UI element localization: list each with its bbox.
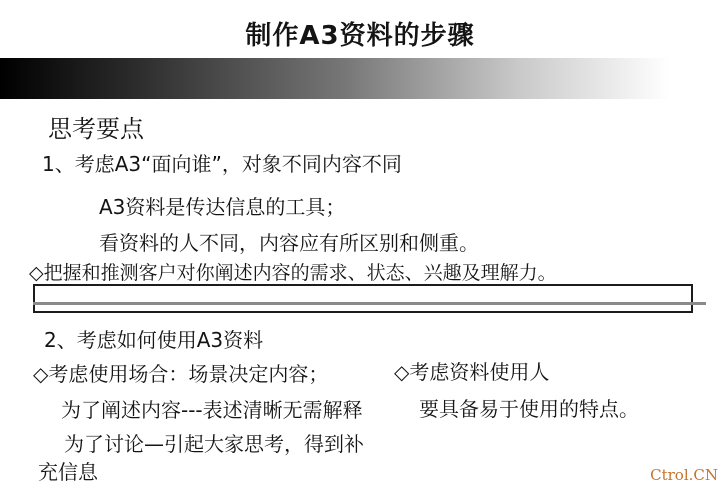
watermark: Ctrol.CN [650, 466, 718, 484]
point-2-right-item-2: 要具备易于使用的特点。 [419, 393, 639, 422]
point-2-left-item-3: 为了讨论—引起大家思考，得到补充信息 [38, 430, 374, 485]
empty-text-box [33, 284, 693, 313]
gradient-divider-bar [0, 58, 720, 99]
section-heading: 思考要点 [48, 109, 144, 144]
point-2-title: 2、考虑如何使用A3资料 [44, 324, 263, 353]
point-2-left-item-1: ◇考虑使用场合：场景决定内容； [33, 358, 328, 387]
presentation-slide: 制作A3资料的步骤 思考要点 1、考虑A3“面向谁”，对象不同内容不同 A3资料… [0, 0, 720, 485]
point-1-note: ◇把握和推测客户对你阐述内容的需求、状态、兴趣及理解力。 [29, 258, 557, 285]
slide-title: 制作A3资料的步骤 [0, 15, 720, 52]
point-1-detail-2: 看资料的人不同，内容应有所区别和侧重。 [99, 227, 479, 256]
point-2-left-item-2: 为了阐述内容---表述清晰无需解释 [61, 394, 363, 423]
point-1-title: 1、考虑A3“面向谁”，对象不同内容不同 [42, 148, 402, 177]
horizontal-rule [33, 302, 706, 305]
point-1-detail-1: A3资料是传达信息的工具； [99, 191, 345, 220]
point-2-right-item-1: ◇考虑资料使用人 [394, 356, 549, 385]
